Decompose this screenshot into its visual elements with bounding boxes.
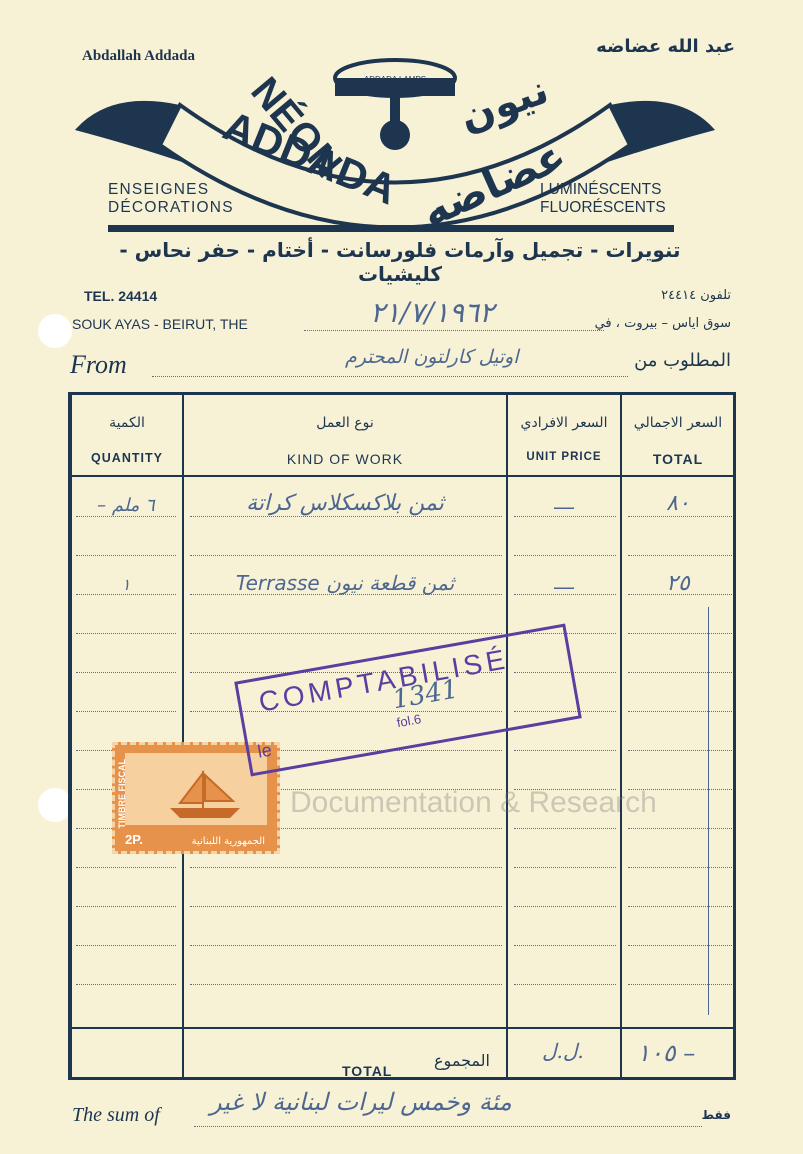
sum-field-line — [194, 1126, 702, 1127]
total-label-ar: المجموع — [434, 1051, 490, 1070]
row-dotted-line — [514, 945, 616, 946]
row-dotted-line — [76, 633, 176, 634]
row-1-total: ٨٠ — [622, 491, 734, 516]
row-dotted-line — [628, 906, 732, 907]
row-dotted-line — [628, 555, 732, 556]
row-dotted-line — [628, 711, 732, 712]
total-value: ١٠٥ – — [637, 1039, 695, 1067]
punch-hole — [38, 314, 72, 348]
fiscal-label: TIMBRE FISCAL — [117, 759, 127, 829]
header-unit-price-ar: السعر الافرادي — [508, 415, 620, 431]
header-total-ar: السعر الاجمالي — [622, 415, 734, 431]
row-dotted-line — [514, 984, 616, 985]
row-dotted-line — [76, 555, 176, 556]
fiscal-country: الجمهورية اللبنانية — [192, 836, 265, 847]
row-dotted-line — [190, 945, 502, 946]
telephone-ar: تلفون ٢٤٤١٤ — [661, 288, 731, 303]
header-divider — [72, 475, 733, 477]
row-dotted-line — [76, 711, 176, 712]
right-tagline: LUMINÉSCENTS FLUORÉSCENTS — [540, 181, 666, 217]
row-dotted-line — [190, 906, 502, 907]
from-label-ar: المطلوب من — [634, 350, 731, 371]
row-dotted-line — [76, 945, 176, 946]
stamp-date-label: le — [256, 740, 273, 763]
total-label-en: TOTAL — [342, 1063, 392, 1079]
row-dotted-line — [190, 633, 502, 634]
row-2-total: ٢٥ — [622, 571, 734, 596]
address-en: SOUK AYAS - BEIRUT, THE — [72, 316, 248, 332]
from-label-en: From — [70, 350, 127, 380]
row-dotted-line — [190, 555, 502, 556]
column-divider — [182, 395, 184, 1077]
header-total: TOTAL — [622, 451, 734, 467]
row-dotted-line — [76, 984, 176, 985]
row-dotted-line — [76, 867, 176, 868]
date-field-line — [304, 330, 604, 331]
header-kind-of-work: KIND OF WORK — [184, 451, 506, 467]
from-field-line — [152, 376, 628, 377]
row-dotted-line — [190, 516, 502, 517]
left-tagline: ENSEIGNES DÉCORATIONS — [108, 181, 234, 217]
row-dotted-line — [76, 906, 176, 907]
row-1-work: ثمن بلاكسكلاس كراتة — [186, 491, 504, 516]
row-dotted-line — [628, 633, 732, 634]
stamp-folio: fol.6 — [395, 711, 422, 730]
sum-label-en: The sum of — [72, 1104, 160, 1127]
row-dotted-line — [628, 867, 732, 868]
sum-label-ar: فقط — [702, 1108, 731, 1122]
row-dotted-line — [514, 828, 616, 829]
fiscal-value: 2P. — [125, 832, 143, 847]
row-dotted-line — [190, 984, 502, 985]
watermark: Documentation & Research — [290, 786, 657, 820]
strike-line — [708, 607, 709, 1015]
telephone-en: TEL. 24414 — [84, 288, 157, 304]
row-dotted-line — [76, 672, 176, 673]
sum-value: مئة وخمس ليرات لبنانية لا غير — [210, 1088, 512, 1116]
header-kind-of-work-ar: نوع العمل — [184, 415, 506, 431]
punch-hole — [38, 788, 72, 822]
from-field-value: اوتيل كارلتون المحترم — [345, 346, 519, 368]
total-currency: ل.ل. — [542, 1039, 584, 1063]
row-2-unit-price: — — [508, 575, 620, 600]
row-dotted-line — [514, 867, 616, 868]
row-1-quantity: ٦ ملم – — [72, 495, 180, 516]
row-dotted-line — [514, 750, 616, 751]
row-1-unit-price: — — [508, 495, 620, 520]
row-dotted-line — [628, 828, 732, 829]
row-dotted-line — [628, 516, 732, 517]
header-quantity-ar: الكمية — [72, 415, 182, 431]
header-rule — [108, 225, 674, 232]
address-ar: سوق اياس – بيروت ، في — [595, 316, 731, 331]
row-dotted-line — [514, 906, 616, 907]
header-quantity: QUANTITY — [72, 451, 182, 465]
svg-text:نيون: نيون — [454, 67, 555, 141]
row-dotted-line — [628, 984, 732, 985]
row-dotted-line — [628, 945, 732, 946]
lamp-label: ADDADA LAMPS — [364, 75, 426, 84]
row-dotted-line — [76, 516, 176, 517]
row-dotted-line — [628, 672, 732, 673]
row-2-quantity: ١ — [72, 575, 180, 594]
header-unit-price: UNIT PRICE — [508, 451, 620, 463]
row-dotted-line — [514, 555, 616, 556]
row-dotted-line — [628, 750, 732, 751]
services-ar: تنويرات - تجميل وآرمات فلورسانت - أختام … — [80, 238, 720, 286]
row-dotted-line — [76, 594, 176, 595]
row-2-work: ثمن قطعة نيون Terrasse — [186, 571, 504, 595]
footer-divider — [72, 1027, 733, 1029]
ship-icon — [165, 763, 245, 823]
date-field-value: ٢١/٧/١٩٦٢ — [370, 296, 494, 329]
row-dotted-line — [190, 867, 502, 868]
